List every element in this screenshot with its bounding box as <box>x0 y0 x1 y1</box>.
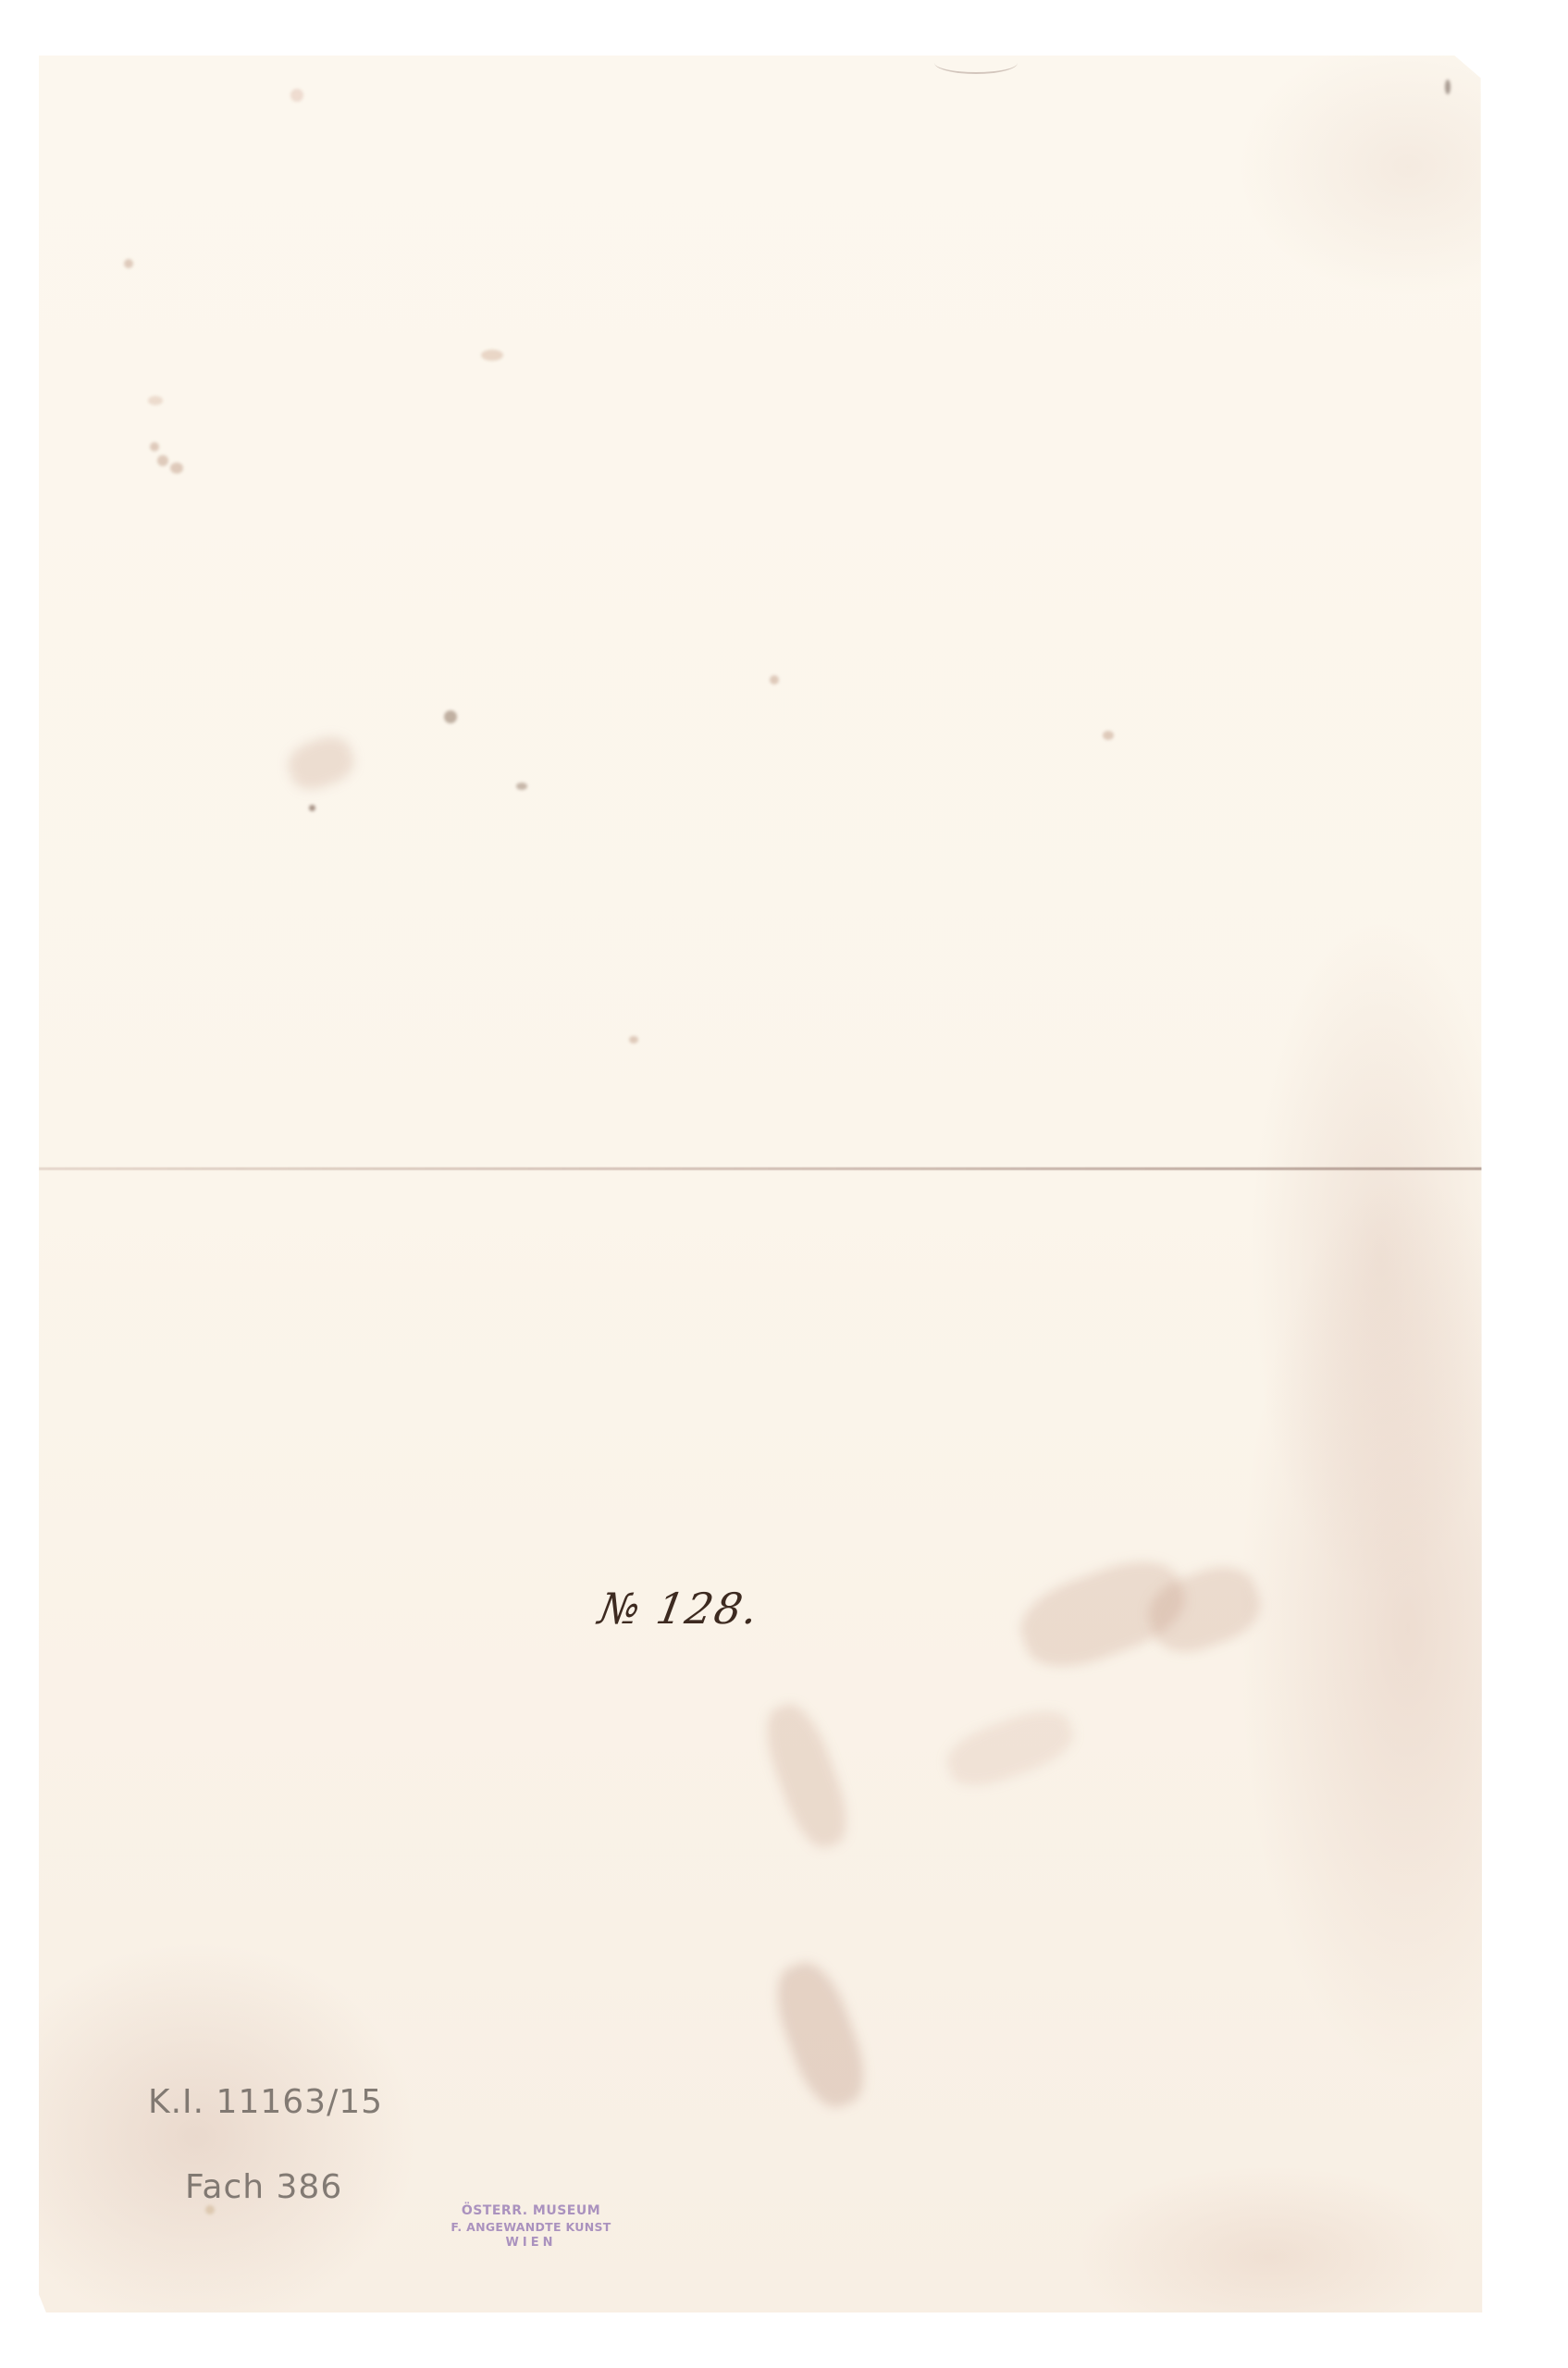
stain-spot <box>148 396 163 405</box>
stain-spot <box>170 462 183 474</box>
stamp-line-museum: ÖSTERR. MUSEUM <box>429 2203 633 2219</box>
stain-spot <box>444 710 457 723</box>
museum-stamp: ÖSTERR. MUSEUM F. ANGEWANDTE KUNST WIEN <box>429 2203 633 2251</box>
stamp-line-angewandte: F. ANGEWANDTE KUNST <box>429 2219 633 2235</box>
stain-spot <box>1103 731 1114 740</box>
stain-smudge <box>765 1955 877 2115</box>
horizontal-fold-line <box>39 1167 1497 1170</box>
stain-spot <box>124 259 133 268</box>
stain-spot <box>770 675 779 684</box>
handwritten-item-number: № 128. <box>595 1584 763 1634</box>
stain-spot <box>290 89 303 102</box>
stamp-line-city: WIEN <box>429 2235 633 2251</box>
pencil-shelf-number: Fach 386 <box>185 2168 342 2206</box>
stain-spot <box>629 1036 638 1043</box>
stain-smudge <box>755 1697 858 1856</box>
stain-spot <box>481 350 503 361</box>
stain-smudge <box>283 731 360 796</box>
stain-spot <box>1445 80 1451 94</box>
stain-spot <box>516 783 527 790</box>
stain-spot <box>205 2205 215 2214</box>
stain-spot <box>157 455 168 466</box>
paper-edge-notch <box>934 52 1018 74</box>
pencil-inventory-number: K.I. 11163/15 <box>148 2083 383 2121</box>
paper-sheet <box>39 55 1497 2312</box>
stain-smudge <box>940 1700 1080 1796</box>
stain-spot <box>309 805 315 811</box>
stain-spot <box>150 442 159 451</box>
